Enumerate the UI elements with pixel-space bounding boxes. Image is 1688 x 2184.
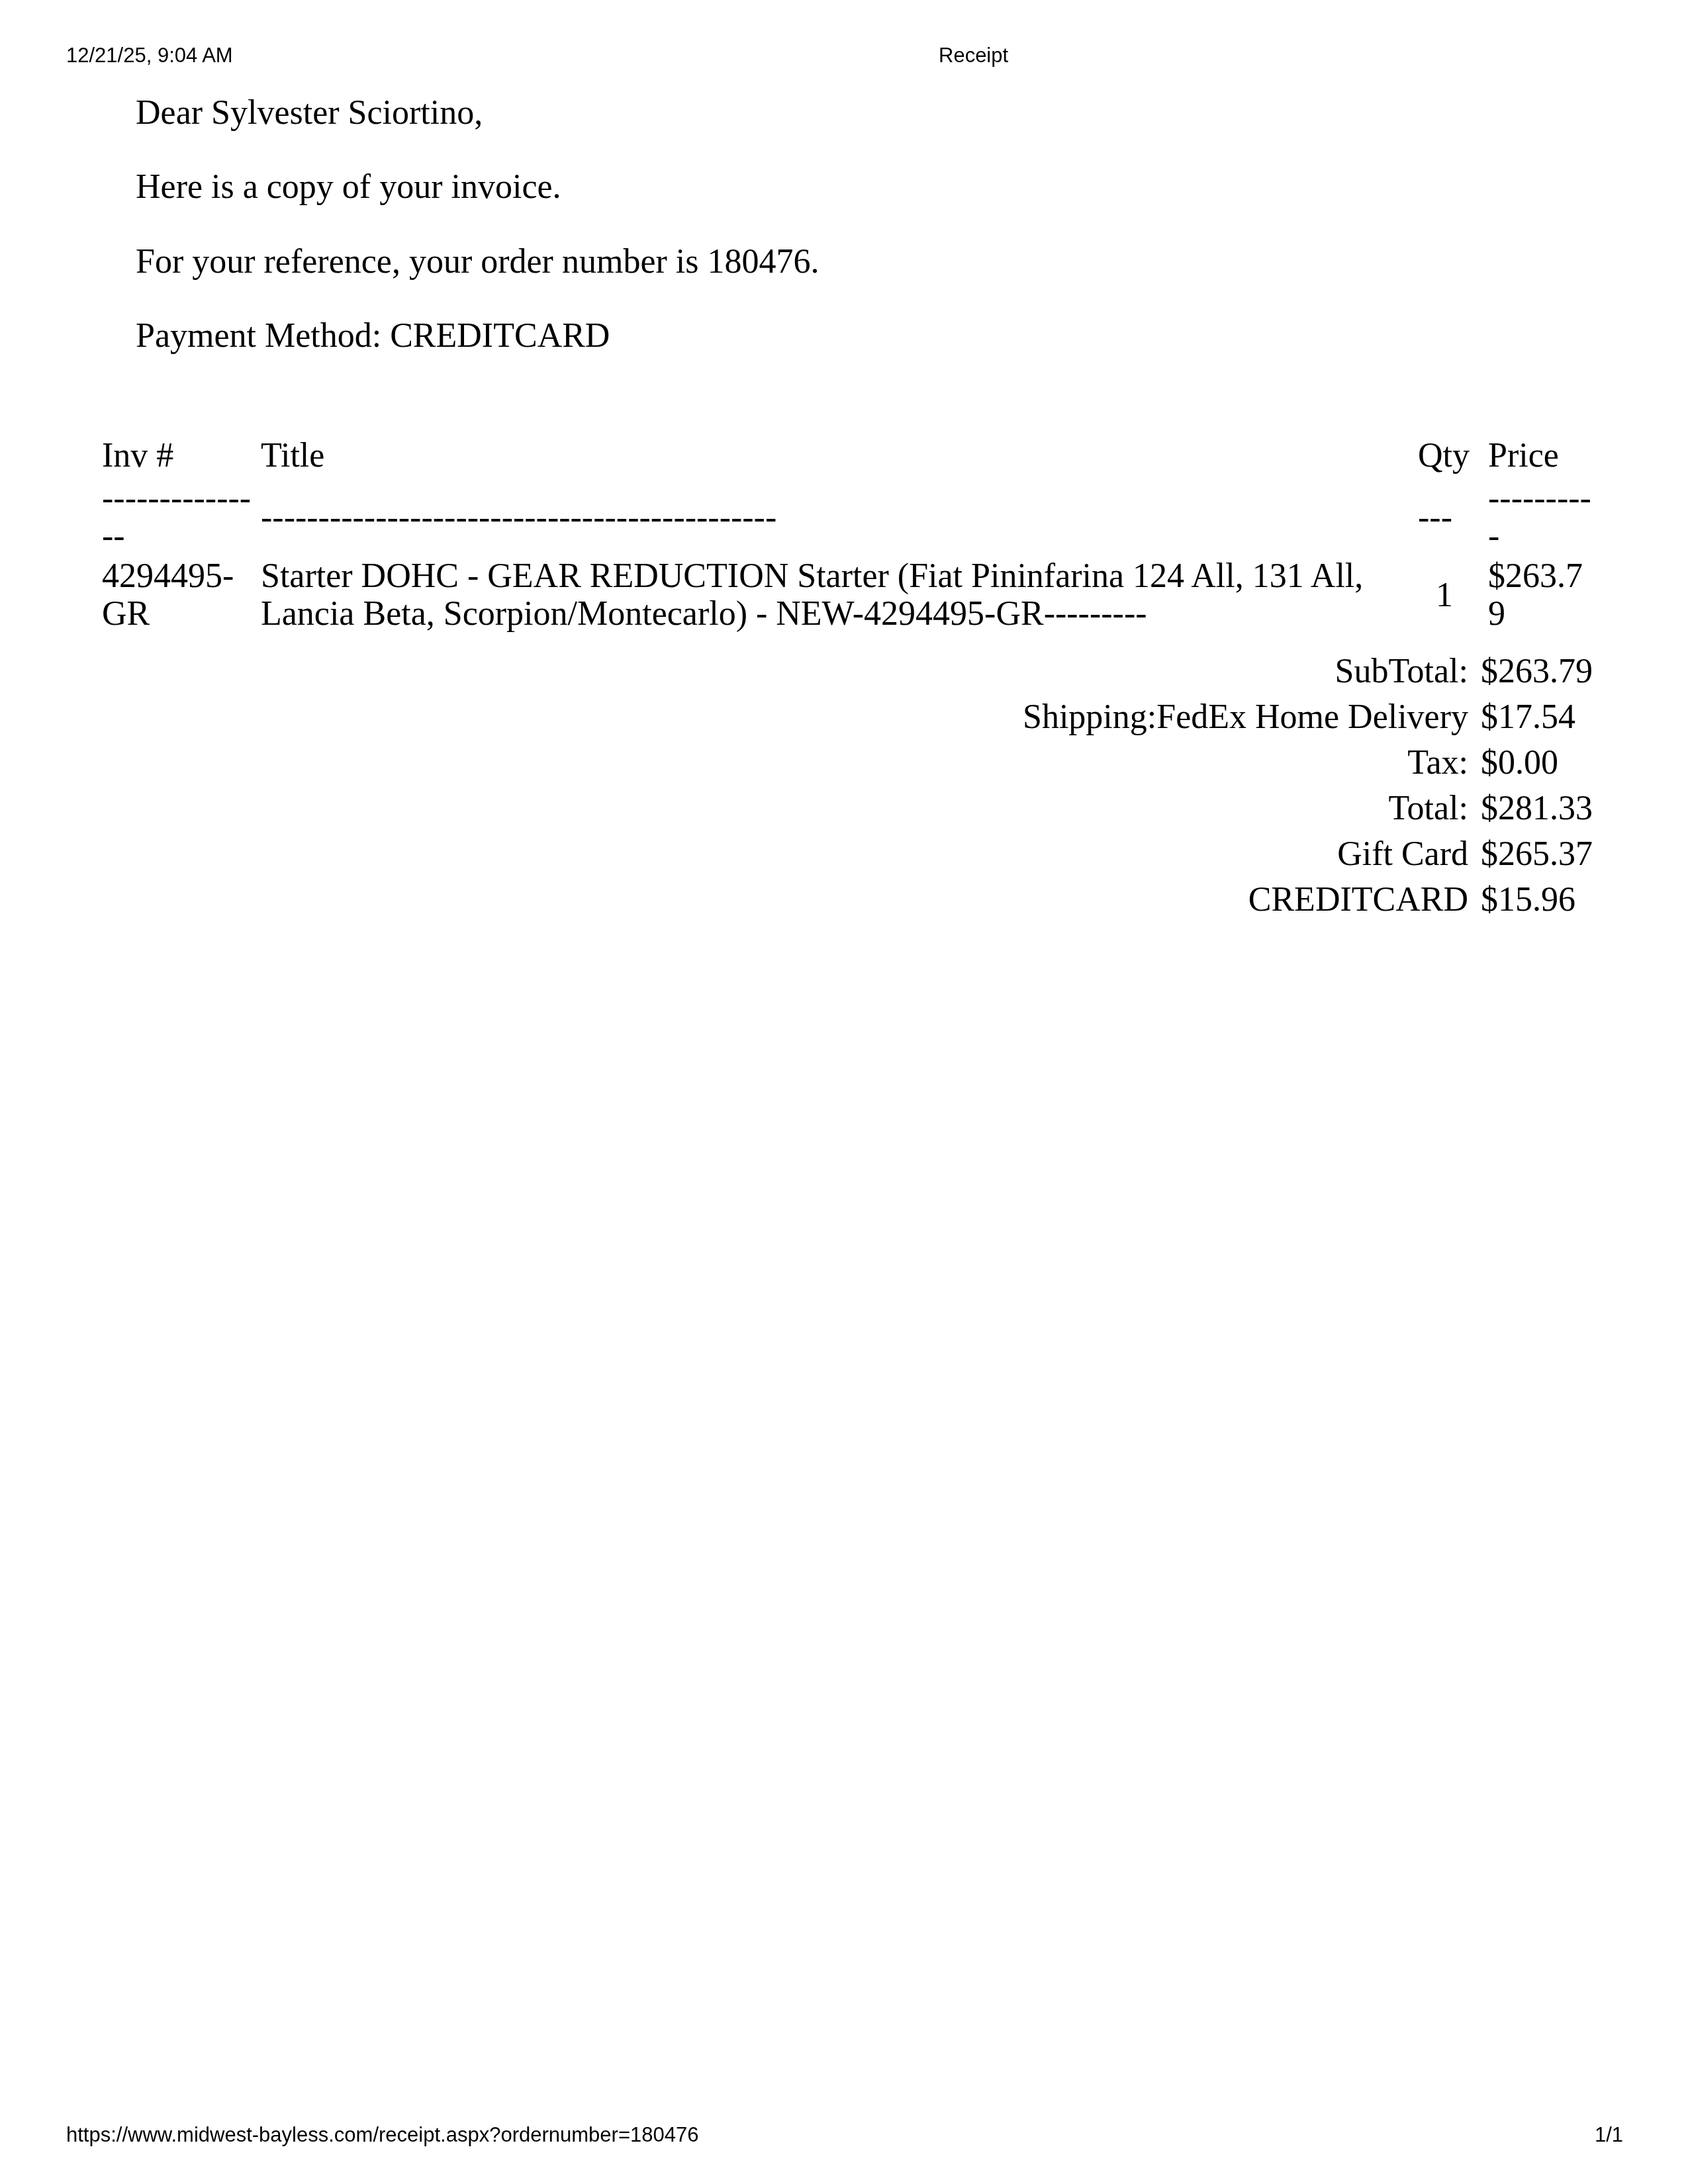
shipping-value: $17.54 [1481, 694, 1589, 740]
print-footer-url: https://www.midwest-bayless.com/receipt.… [66, 2123, 698, 2147]
table-header-row: Inv # Title Qty Price [102, 432, 1595, 479]
totals-block: SubTotal: $263.79 Shipping:FedEx Home De… [993, 649, 1589, 923]
separator-price: ---------- [1488, 479, 1595, 556]
subtotal-value: $263.79 [1481, 649, 1589, 694]
greeting: Dear Sylvester Sciortino, [136, 93, 483, 133]
subtotal-line: SubTotal: $263.79 [993, 649, 1589, 694]
subtotal-label: SubTotal: [1335, 649, 1468, 694]
gift-card-label: Gift Card [1337, 831, 1468, 877]
item-inv-number: 4294495-GR [102, 556, 256, 634]
header-qty: Qty [1418, 432, 1483, 479]
separator-inv: --------------- [102, 479, 256, 556]
total-label: Total: [1388, 786, 1468, 831]
tax-line: Tax: $0.00 [993, 740, 1589, 786]
item-qty: 1 [1418, 556, 1483, 634]
print-header-datetime: 12/21/25, 9:04 AM [66, 44, 233, 68]
creditcard-value: $15.96 [1481, 877, 1589, 923]
header-title: Title [261, 432, 1413, 479]
intro-text: Here is a copy of your invoice. [136, 167, 561, 207]
gift-card-line: Gift Card $265.37 [993, 831, 1589, 877]
tax-value: $0.00 [1481, 740, 1589, 786]
invoice-table: Inv # Title Qty Price --------------- --… [97, 432, 1601, 634]
creditcard-label: CREDITCARD [1248, 877, 1468, 923]
header-price: Price [1488, 432, 1595, 479]
table-separator-row: --------------- ------------------------… [102, 479, 1595, 556]
order-reference: For your reference, your order number is… [136, 242, 819, 282]
shipping-line: Shipping:FedEx Home Delivery $17.54 [993, 694, 1589, 740]
print-header-title: Receipt [939, 44, 1008, 68]
total-line: Total: $281.33 [993, 786, 1589, 831]
table-row: 4294495-GR Starter DOHC - GEAR REDUCTION… [102, 556, 1595, 634]
gift-card-value: $265.37 [1481, 831, 1589, 877]
separator-qty: --- [1418, 479, 1483, 556]
item-price: $263.79 [1488, 556, 1595, 634]
separator-title: ----------------------------------------… [261, 479, 1413, 556]
creditcard-line: CREDITCARD $15.96 [993, 877, 1589, 923]
total-value: $281.33 [1481, 786, 1589, 831]
header-inv: Inv # [102, 432, 256, 479]
print-footer-page-number: 1/1 [1595, 2123, 1623, 2147]
shipping-label: Shipping:FedEx Home Delivery [1023, 694, 1468, 740]
tax-label: Tax: [1407, 740, 1468, 786]
payment-method: Payment Method: CREDITCARD [136, 316, 610, 356]
item-title: Starter DOHC - GEAR REDUCTION Starter (F… [261, 556, 1413, 634]
